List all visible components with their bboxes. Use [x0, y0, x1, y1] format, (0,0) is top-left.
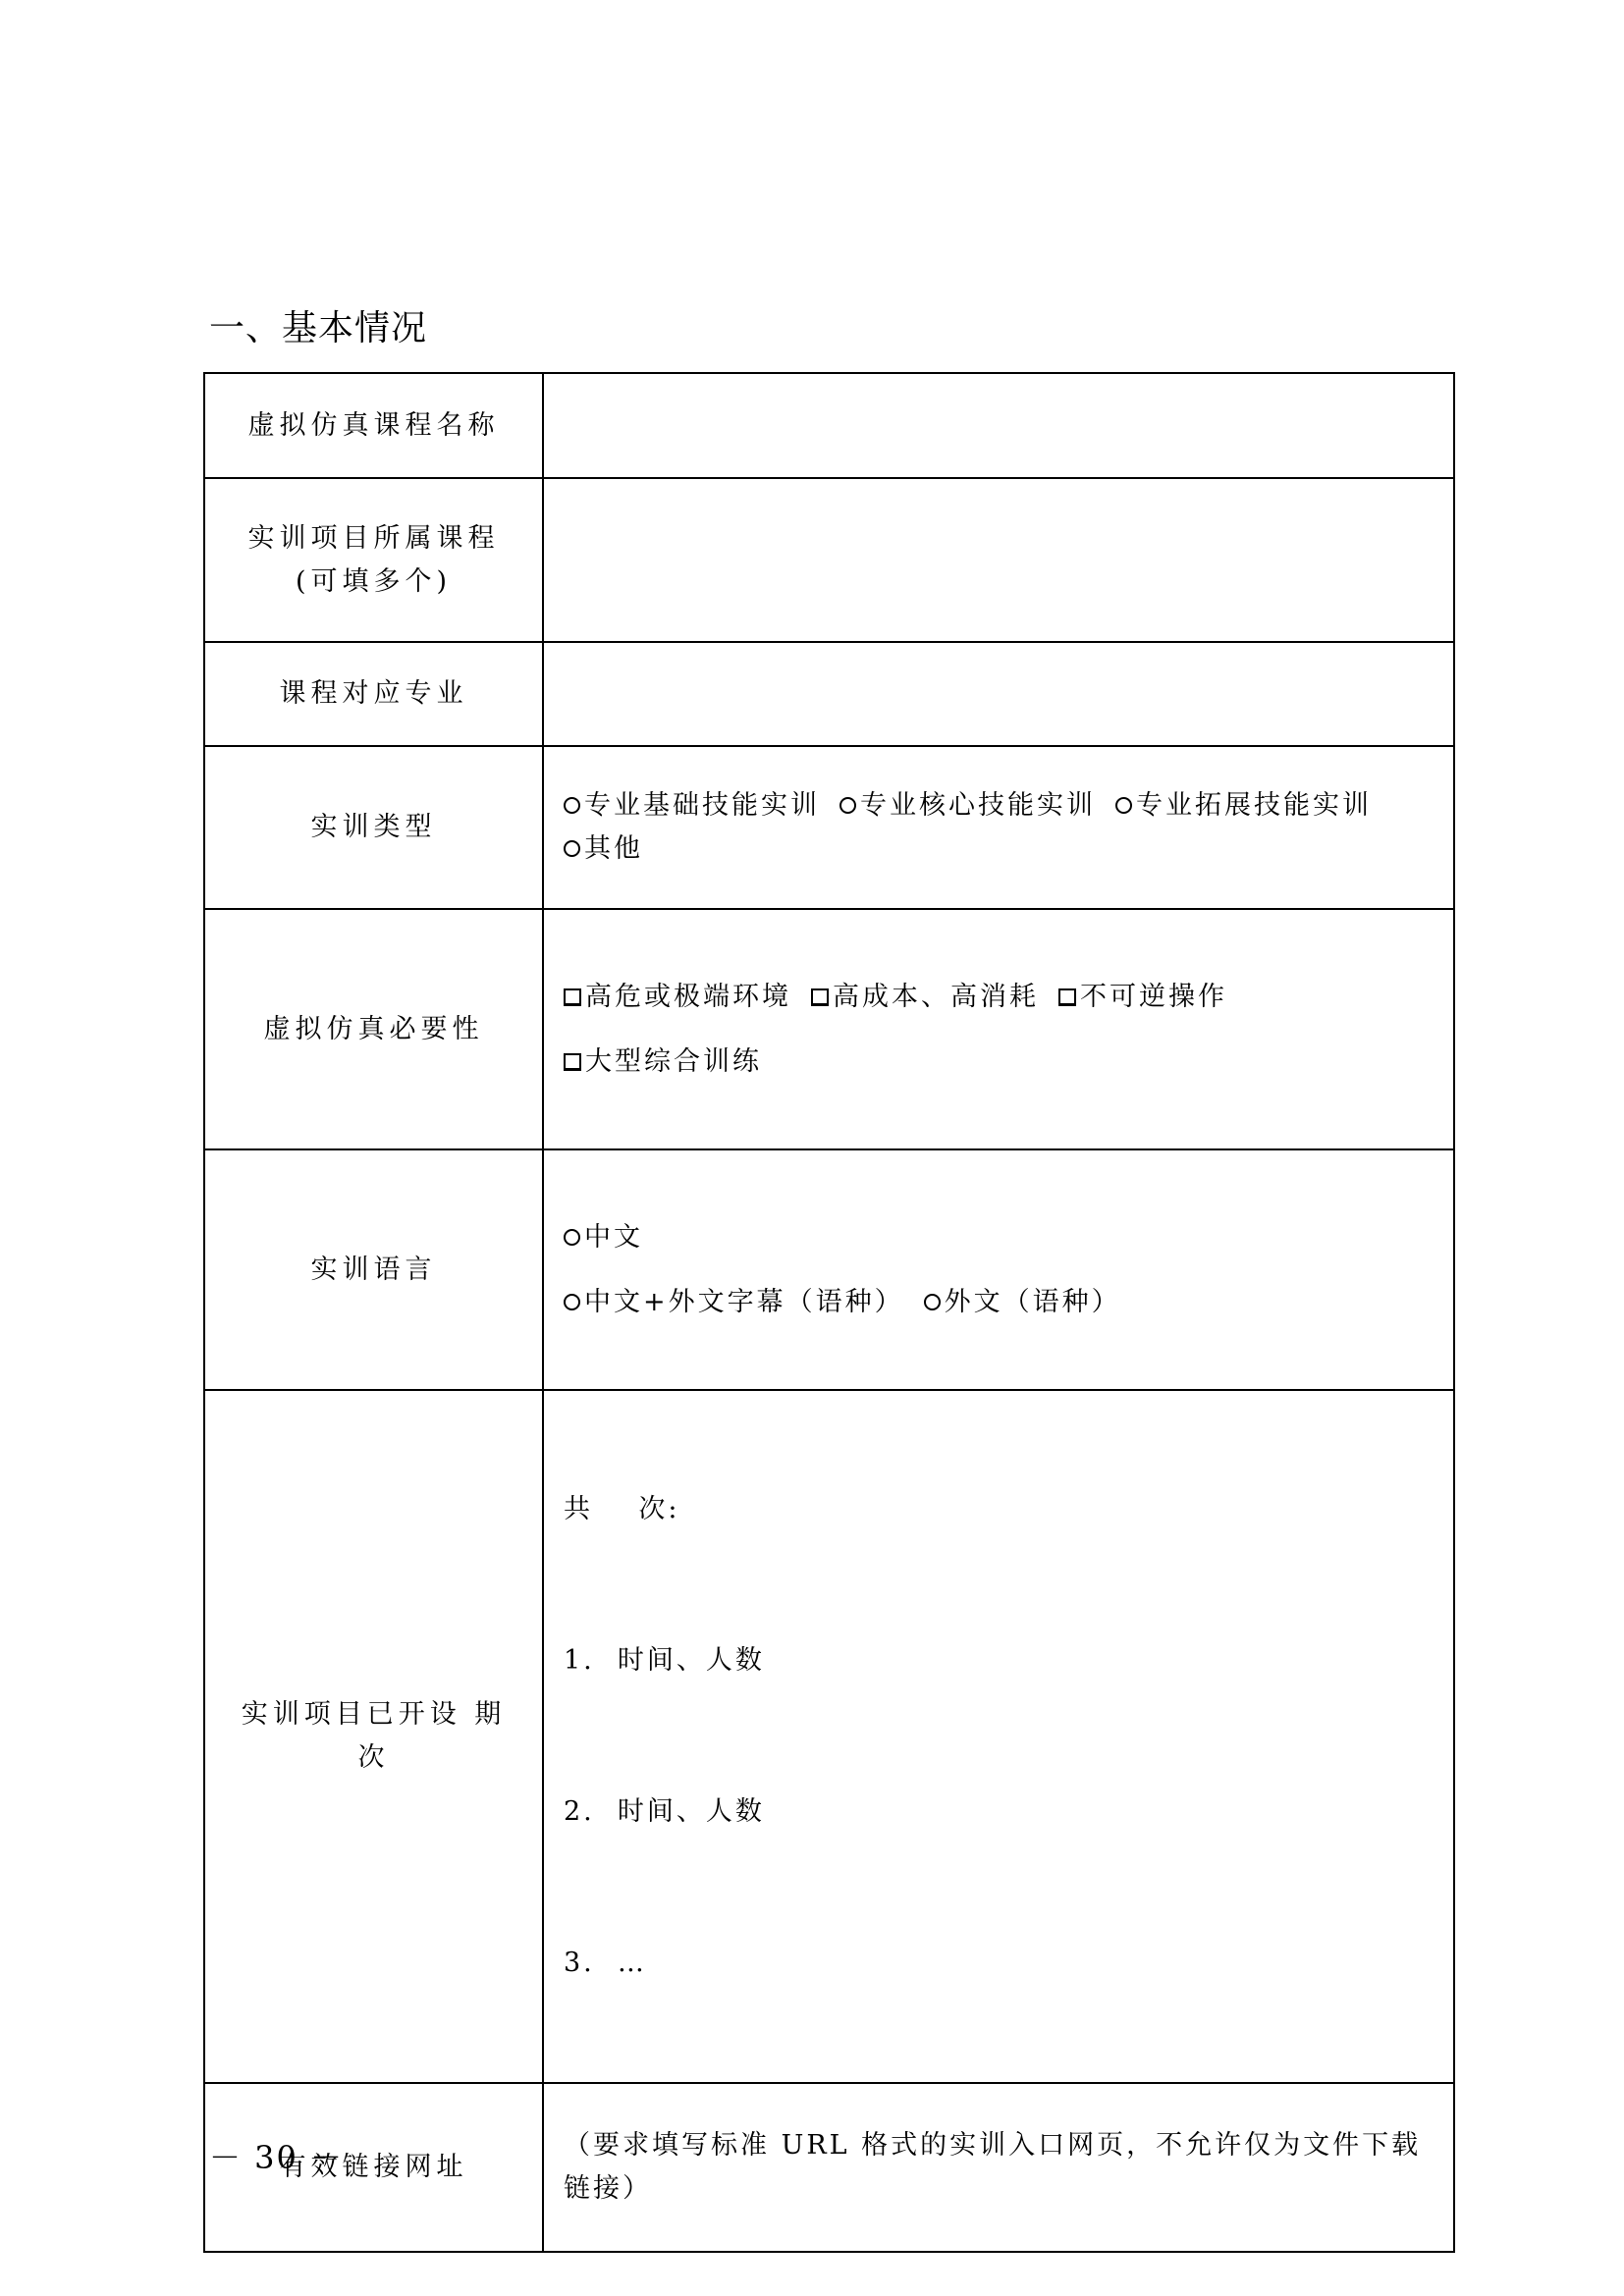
page-number: － 30 － [209, 2138, 344, 2177]
radio-option-foreign[interactable]: 外文（语种） [924, 1287, 1121, 1317]
radio-option-core-skills[interactable]: 专业核心技能实训 [839, 790, 1096, 821]
radio-circle-icon[interactable] [924, 1294, 941, 1310]
table-row-sessions: 实训项目已开设 期 次 共 次: 1. 时间、人数 2. 时间、人数 3. … [204, 1390, 1454, 2083]
radio-circle-icon[interactable] [839, 797, 856, 814]
label-major: 课程对应专业 [204, 642, 543, 746]
basic-info-table: 虚拟仿真课程名称 实训项目所属课程 (可填多个) 课程对应专业 实训类型 专业基… [203, 372, 1455, 2253]
table-row-training-type: 实训类型 专业基础技能实训专业核心技能实训专业拓展技能实训其他 [204, 746, 1454, 909]
table-row-related-courses: 实训项目所属课程 (可填多个) [204, 478, 1454, 642]
related-courses-field[interactable] [543, 478, 1454, 642]
session-line: 1. 时间、人数 [564, 1629, 1439, 1693]
sessions-field[interactable]: 共 次: 1. 时间、人数 2. 时间、人数 3. … [543, 1390, 1454, 2083]
label-sessions: 实训项目已开设 期 次 [204, 1390, 543, 2083]
radio-option-chinese[interactable]: 中文 [564, 1222, 643, 1253]
necessity-options: 高危或极端环境高成本、高消耗不可逆操作 大型综合训练 [543, 909, 1454, 1149]
sessions-total-line: 共 次: [564, 1477, 1439, 1542]
label-line: 次 [205, 1736, 542, 1780]
radio-circle-icon[interactable] [564, 1294, 580, 1310]
training-type-options: 专业基础技能实训专业核心技能实训专业拓展技能实训其他 [543, 746, 1454, 909]
course-name-field[interactable] [543, 373, 1454, 478]
radio-circle-icon[interactable] [564, 840, 580, 857]
checkbox-icon[interactable] [811, 988, 829, 1006]
label-line: (可填多个) [205, 561, 542, 604]
major-field[interactable] [543, 642, 1454, 746]
language-options: 中文 中文+外文字幕（语种）外文（语种） [543, 1149, 1454, 1390]
label-language: 实训语言 [204, 1149, 543, 1390]
label-line: 实训项目已开设 期 [205, 1693, 542, 1736]
label-course-name: 虚拟仿真课程名称 [204, 373, 543, 478]
radio-option-other[interactable]: 其他 [564, 833, 643, 864]
label-line: 实训项目所属课程 [205, 517, 542, 561]
checkbox-option-irreversible[interactable]: 不可逆操作 [1058, 982, 1227, 1012]
table-row-course-name: 虚拟仿真课程名称 [204, 373, 1454, 478]
label-necessity: 虚拟仿真必要性 [204, 909, 543, 1149]
checkbox-option-high-cost[interactable]: 高成本、高消耗 [811, 982, 1039, 1012]
radio-option-basic-skills[interactable]: 专业基础技能实训 [564, 790, 820, 821]
radio-option-chinese-foreign-subtitles[interactable]: 中文+外文字幕（语种） [564, 1287, 904, 1317]
url-field[interactable]: （要求填写标准 URL 格式的实训入口网页，不允许仅为文件下载链接） [543, 2083, 1454, 2252]
table-row-major: 课程对应专业 [204, 642, 1454, 746]
session-line: 3. … [564, 1931, 1439, 1996]
checkbox-option-large-scale[interactable]: 大型综合训练 [564, 1046, 762, 1077]
radio-circle-icon[interactable] [564, 797, 580, 814]
table-row-necessity: 虚拟仿真必要性 高危或极端环境高成本、高消耗不可逆操作 大型综合训练 [204, 909, 1454, 1149]
checkbox-icon[interactable] [564, 1053, 581, 1071]
radio-circle-icon[interactable] [1115, 797, 1132, 814]
radio-circle-icon[interactable] [564, 1229, 580, 1246]
radio-option-extended-skills[interactable]: 专业拓展技能实训 [1115, 790, 1372, 821]
label-related-courses: 实训项目所属课程 (可填多个) [204, 478, 543, 642]
label-training-type: 实训类型 [204, 746, 543, 909]
table-row-language: 实训语言 中文 中文+外文字幕（语种）外文（语种） [204, 1149, 1454, 1390]
checkbox-icon[interactable] [564, 988, 581, 1006]
section-title: 一、基本情况 [209, 306, 427, 351]
checkbox-icon[interactable] [1058, 988, 1076, 1006]
checkbox-option-hazardous[interactable]: 高危或极端环境 [564, 982, 791, 1012]
table-row-url: 有效链接网址 （要求填写标准 URL 格式的实训入口网页，不允许仅为文件下载链接… [204, 2083, 1454, 2252]
session-line: 2. 时间、人数 [564, 1780, 1439, 1844]
